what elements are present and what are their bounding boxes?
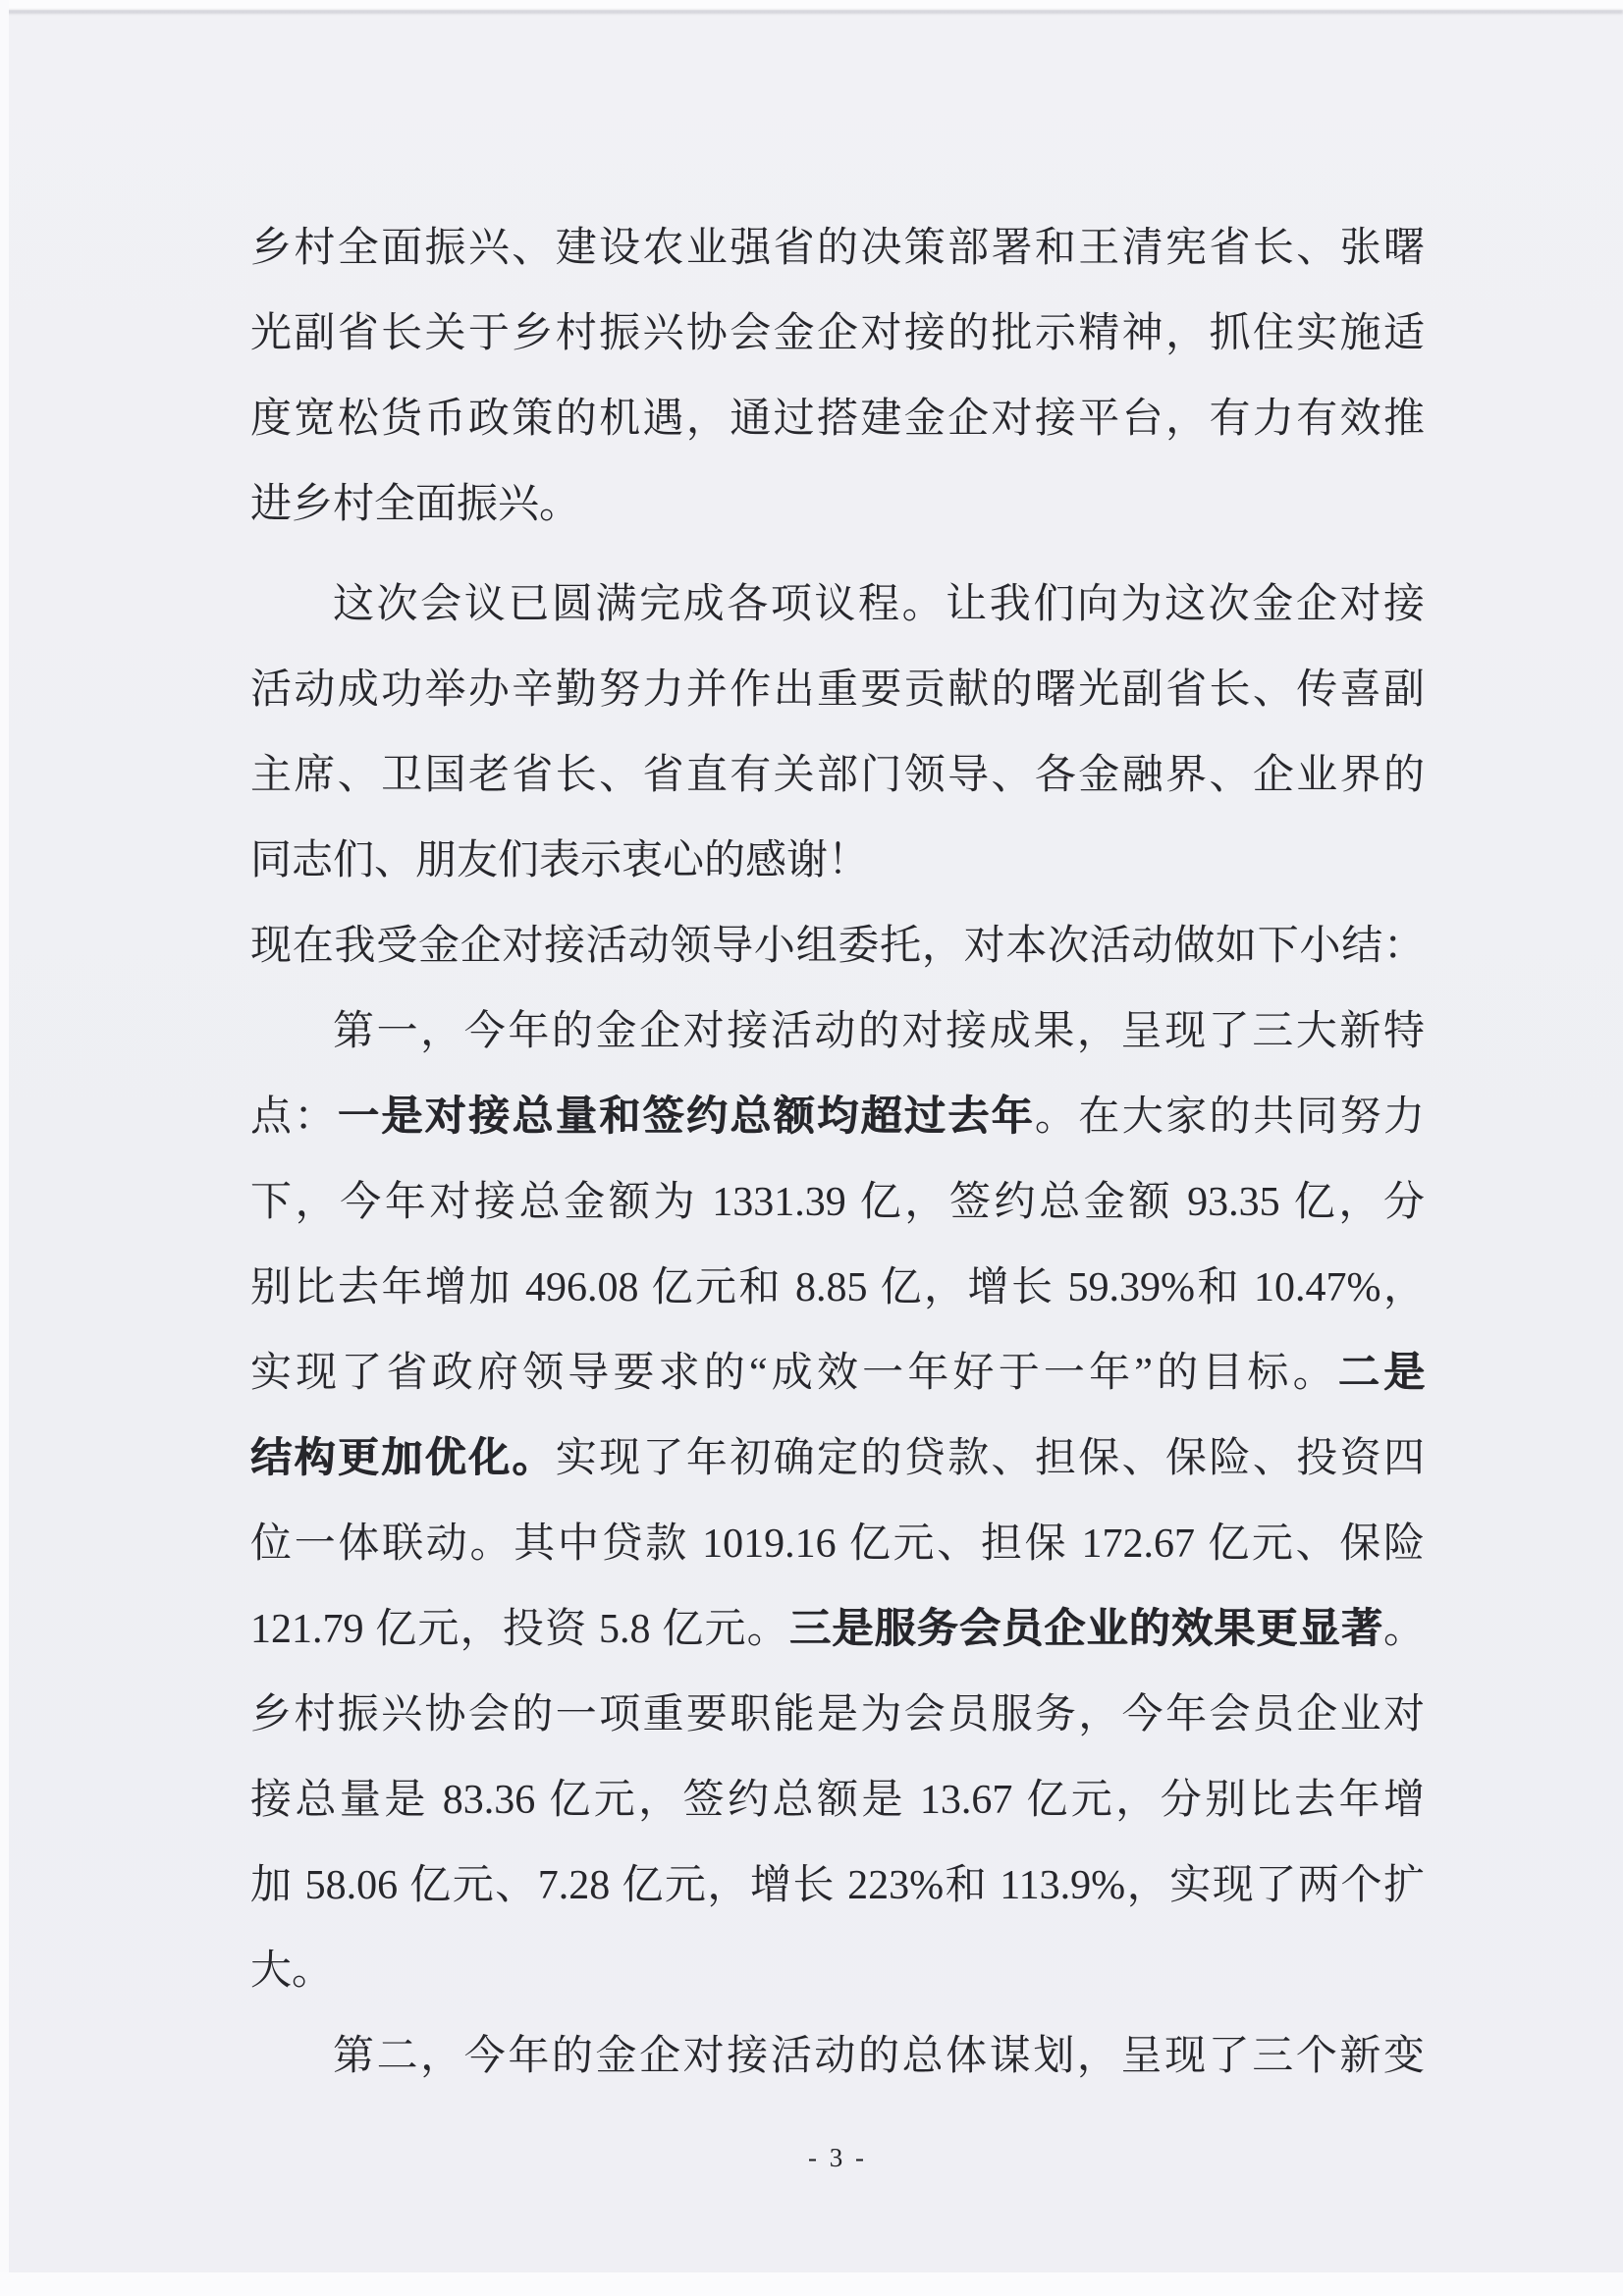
text-line: 乡村振兴协会的一项重要职能是为会员服务，今年会员企业对	[250, 1673, 1425, 1758]
body-text: 第一，今年的金企对接活动的对接成果，呈现了三大新特	[333, 1009, 1425, 1054]
emphasis-text: 二是	[1338, 1351, 1425, 1396]
body-text: 度宽松货币政策的机遇，通过搭建金企对接平台，有力有效推	[250, 397, 1425, 442]
body-text: 点：	[250, 1095, 338, 1140]
text-line: 加 58.06 亿元、7.28 亿元，增长 223%和 113.9%，实现了两个…	[250, 1843, 1425, 1929]
text-line: 主席、卫国老省长、省直有关部门领导、各金融界、企业界的	[250, 733, 1425, 819]
document-body: 乡村全面振兴、建设农业强省的决策部署和王清宪省长、张曙光副省长关于乡村振兴协会金…	[250, 206, 1425, 2100]
text-line: 度宽松货币政策的机遇，通过搭建金企对接平台，有力有效推	[250, 377, 1425, 462]
body-text: 主席、卫国老省长、省直有关部门领导、各金融界、企业界的	[250, 753, 1425, 798]
text-line: 位一体联动。其中贷款 1019.16 亿元、担保 172.67 亿元、保险	[250, 1502, 1425, 1587]
text-line: 结构更加优化。实现了年初确定的贷款、担保、保险、投资四	[250, 1416, 1425, 1502]
body-text: 别比去年增加 496.08 亿元和 8.85 亿，增长 59.39%和 10.4…	[250, 1265, 1425, 1310]
body-text: 现在我受金企对接活动领导小组委托，对本次活动做如下小结：	[250, 924, 1425, 969]
text-line: 别比去年增加 496.08 亿元和 8.85 亿，增长 59.39%和 10.4…	[250, 1246, 1425, 1331]
text-line: 121.79 亿元，投资 5.8 亿元。三是服务会员企业的效果更显著。	[250, 1587, 1425, 1673]
body-text: 同志们、朋友们表示衷心的感谢！	[250, 838, 869, 883]
page-number: - 3 -	[250, 2143, 1425, 2173]
scan-edge-bottom	[0, 2272, 1623, 2296]
text-line: 第一，今年的金企对接活动的对接成果，呈现了三大新特	[250, 989, 1425, 1075]
body-text: 。	[1383, 1607, 1425, 1652]
body-text: 活动成功举办辛勤努力并作出重要贡献的曙光副省长、传喜副	[250, 667, 1425, 713]
emphasis-text: 三是服务会员企业的效果更显著	[789, 1607, 1383, 1652]
text-line: 现在我受金企对接活动领导小组委托，对本次活动做如下小结：	[250, 904, 1425, 989]
text-line: 活动成功举办辛勤努力并作出重要贡献的曙光副省长、传喜副	[250, 648, 1425, 733]
body-text: 乡村振兴协会的一项重要职能是为会员服务，今年会员企业对	[250, 1692, 1425, 1737]
text-line: 下，今年对接总金额为 1331.39 亿，签约总金额 93.35 亿，分	[250, 1160, 1425, 1246]
body-text: 接总量是 83.36 亿元，签约总额是 13.67 亿元，分别比去年增	[250, 1778, 1425, 1823]
body-text: 下，今年对接总金额为 1331.39 亿，签约总金额 93.35 亿，分	[250, 1180, 1425, 1225]
scan-edge-top	[0, 0, 1623, 10]
text-line: 进乡村全面振兴。	[250, 462, 1425, 548]
body-text: 光副省长关于乡村振兴协会金企对接的批示精神，抓住实施适	[250, 311, 1425, 356]
body-text: 位一体联动。其中贷款 1019.16 亿元、担保 172.67 亿元、保险	[250, 1522, 1425, 1567]
scanned-document-page: 乡村全面振兴、建设农业强省的决策部署和王清宪省长、张曙光副省长关于乡村振兴协会金…	[0, 0, 1623, 2296]
body-text: 乡村全面振兴、建设农业强省的决策部署和王清宪省长、张曙	[250, 226, 1425, 271]
body-text: 加 58.06 亿元、7.28 亿元，增长 223%和 113.9%，实现了两个…	[250, 1863, 1425, 1908]
text-line: 同志们、朋友们表示衷心的感谢！	[250, 819, 1425, 904]
text-line: 实现了省政府领导要求的“成效一年好于一年”的目标。二是	[250, 1331, 1425, 1416]
text-line: 第二，今年的金企对接活动的总体谋划，呈现了三个新变	[250, 2014, 1425, 2100]
scan-edge-shadow	[0, 10, 1623, 14]
body-text: 进乡村全面振兴。	[250, 482, 580, 527]
text-line: 大。	[250, 1929, 1425, 2014]
emphasis-text: 结构更加优化。	[250, 1436, 556, 1481]
emphasis-text: 一是对接总量和签约总额均超过去年	[338, 1095, 1035, 1140]
text-line: 接总量是 83.36 亿元，签约总额是 13.67 亿元，分别比去年增	[250, 1758, 1425, 1843]
body-text: 。在大家的共同努力	[1035, 1095, 1425, 1140]
body-text: 第二，今年的金企对接活动的总体谋划，呈现了三个新变	[333, 2034, 1425, 2079]
body-text: 实现了省政府领导要求的“成效一年好于一年”的目标。	[250, 1351, 1338, 1396]
text-line: 光副省长关于乡村振兴协会金企对接的批示精神，抓住实施适	[250, 292, 1425, 377]
text-line: 乡村全面振兴、建设农业强省的决策部署和王清宪省长、张曙	[250, 206, 1425, 292]
body-text: 实现了年初确定的贷款、担保、保险、投资四	[556, 1436, 1425, 1481]
text-line: 点：一是对接总量和签约总额均超过去年。在大家的共同努力	[250, 1075, 1425, 1160]
body-text: 大。	[250, 1949, 333, 1994]
text-line: 这次会议已圆满完成各项议程。让我们向为这次金企对接	[250, 562, 1425, 648]
body-text: 这次会议已圆满完成各项议程。让我们向为这次金企对接	[333, 582, 1425, 627]
body-text: 121.79 亿元，投资 5.8 亿元。	[250, 1607, 789, 1652]
scan-edge-left	[0, 0, 9, 2296]
